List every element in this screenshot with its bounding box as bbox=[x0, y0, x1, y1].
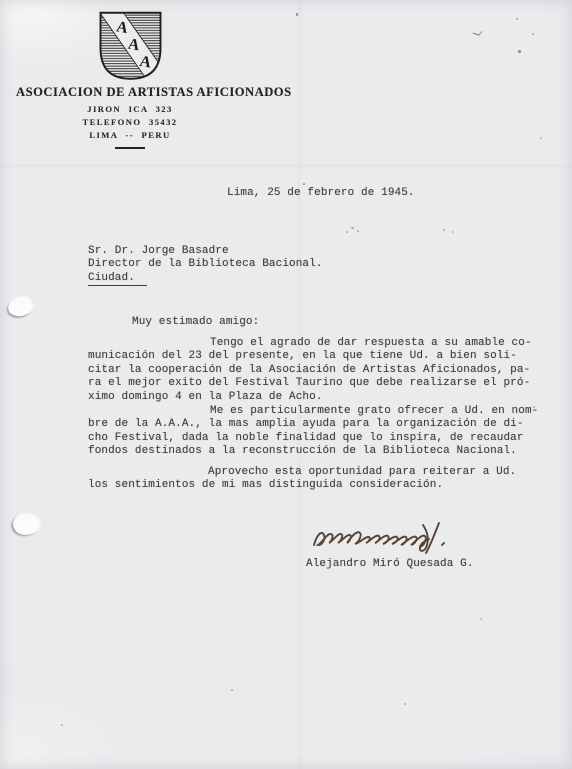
scanned-letter-page: A A A ASOCIACION DE ARTISTAS AFICIONADOS… bbox=[0, 0, 572, 769]
body-line: Tengo el agrado de dar respuesta a su am… bbox=[88, 337, 528, 350]
paper-hole bbox=[12, 513, 41, 537]
recipient-title: Director de la Biblioteca Bacional. bbox=[88, 258, 323, 271]
date-line: Lima, 25 de febrero de 1945. bbox=[227, 187, 415, 200]
org-address: JIRON ICA 323 bbox=[46, 103, 214, 116]
smudge-speck bbox=[443, 229, 445, 231]
letterhead-address-block: JIRON ICA 323 TELEFONO 35432 LIMA -- PER… bbox=[46, 103, 214, 149]
ink-speck bbox=[296, 13, 298, 16]
paragraph-1: Tengo el agrado de dar respuesta a su am… bbox=[88, 337, 528, 404]
aaa-shield-logo-icon: A A A bbox=[93, 9, 168, 84]
ink-speck bbox=[540, 137, 542, 139]
paragraph-2: Me es particularmente grato ofrecer a Ud… bbox=[88, 405, 528, 459]
paragraph-3: Aprovecho esta oportunidad para reiterar… bbox=[88, 466, 528, 493]
ink-speck bbox=[480, 618, 482, 620]
ink-speck bbox=[533, 406, 535, 408]
org-city: LIMA -- PERU bbox=[46, 129, 214, 142]
ink-speck bbox=[303, 183, 305, 185]
body-line: Me es particularmente grato ofrecer a Ud… bbox=[88, 405, 528, 418]
recipient-block: Sr. Dr. Jorge Basadre Director de la Bib… bbox=[88, 245, 323, 286]
body-line: ra el mejor exito del Festival Taurino q… bbox=[88, 377, 528, 390]
smudge-speck bbox=[346, 231, 348, 233]
signature-typed-name: Alejandro Miró Quesada G. bbox=[306, 558, 474, 570]
body-line: cho Festival, dada la noble finalidad qu… bbox=[88, 432, 528, 445]
body-line: fondos destinados a la reconstrucción de… bbox=[88, 445, 528, 458]
ink-speck bbox=[516, 18, 518, 20]
org-name: ASOCIACION DE ARTISTAS AFICIONADOS bbox=[16, 85, 292, 100]
recipient-name: Sr. Dr. Jorge Basadre bbox=[88, 245, 323, 258]
org-phone: TELEFONO 35432 bbox=[46, 116, 214, 129]
smudge-speck bbox=[351, 227, 354, 229]
body-line: ximo domingo 4 en la Plaza de Acho. bbox=[88, 391, 528, 404]
ink-speck bbox=[231, 689, 233, 691]
body-line: municación del 23 del presente, en la qu… bbox=[88, 350, 528, 363]
smudge-speck bbox=[357, 230, 359, 232]
body-line: Aprovecho esta oportunidad para reiterar… bbox=[88, 466, 528, 479]
body-line: citar la cooperación de la Asociación de… bbox=[88, 364, 528, 377]
ink-speck bbox=[61, 724, 63, 726]
body-line: bre de la A.A.A., la mas amplia ayuda pa… bbox=[88, 418, 528, 431]
ink-speck bbox=[518, 50, 521, 53]
salutation: Muy estimado amigo: bbox=[132, 316, 259, 329]
paper-hole bbox=[7, 295, 34, 317]
handwritten-signature bbox=[310, 521, 468, 559]
smudge-speck bbox=[452, 231, 454, 233]
pencil-tick-mark bbox=[473, 29, 483, 35]
ink-speck bbox=[404, 703, 406, 705]
letterhead-divider bbox=[115, 147, 145, 149]
recipient-city: Ciudad. bbox=[88, 272, 147, 286]
body-line: los sentimientos de mi mas distinguida c… bbox=[88, 479, 528, 492]
ink-speck bbox=[532, 33, 534, 35]
